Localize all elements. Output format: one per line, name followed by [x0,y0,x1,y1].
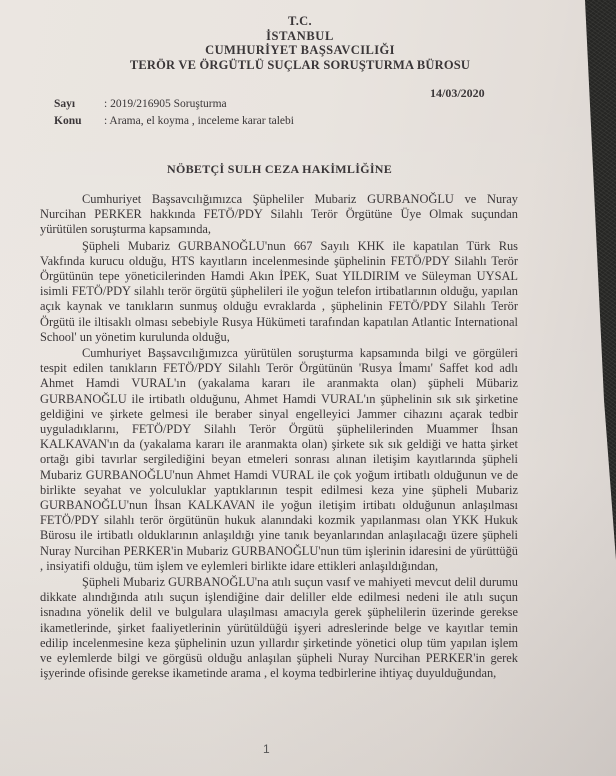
document-content: T.C. İSTANBUL CUMHURİYET BAŞSAVCILIĞI TE… [0,0,616,776]
meta-sayi: Sayı: 2019/216905 Soruşturma [54,98,227,110]
letterhead-country: T.C. [100,14,500,29]
document-date: 14/03/2020 [430,86,485,101]
sayi-value: : 2019/216905 Soruşturma [104,98,227,110]
sayi-label: Sayı [54,98,104,110]
document-body: Cumhuriyet Başsavcılığımızca Şüpheliler … [40,192,518,682]
paragraph: Şüpheli Mubariz GURBANOĞLU'na atılı suçu… [40,575,518,681]
page-number: 1 [263,742,270,756]
paragraph: Şüpheli Mubariz GURBANOĞLU'nun 667 Sayıl… [40,239,518,345]
konu-label: Konu [54,115,104,127]
letterhead-office: CUMHURİYET BAŞSAVCILIĞI [100,43,500,58]
meta-konu: Konu: Arama, el koyma , inceleme karar t… [54,115,294,127]
konu-value: : Arama, el koyma , inceleme karar taleb… [104,115,294,127]
letterhead-city: İSTANBUL [100,29,500,44]
addressee-heading: NÖBETÇİ SULH CEZA HAKİMLİĞİNE [167,162,392,177]
paragraph: Cumhuriyet Başsavcılığımızca yürütülen s… [40,346,518,574]
paragraph: Cumhuriyet Başsavcılığımızca Şüpheliler … [40,192,518,238]
letterhead-bureau: TERÖR VE ÖRGÜTLÜ SUÇLAR SORUŞTURMA BÜROS… [110,58,490,73]
